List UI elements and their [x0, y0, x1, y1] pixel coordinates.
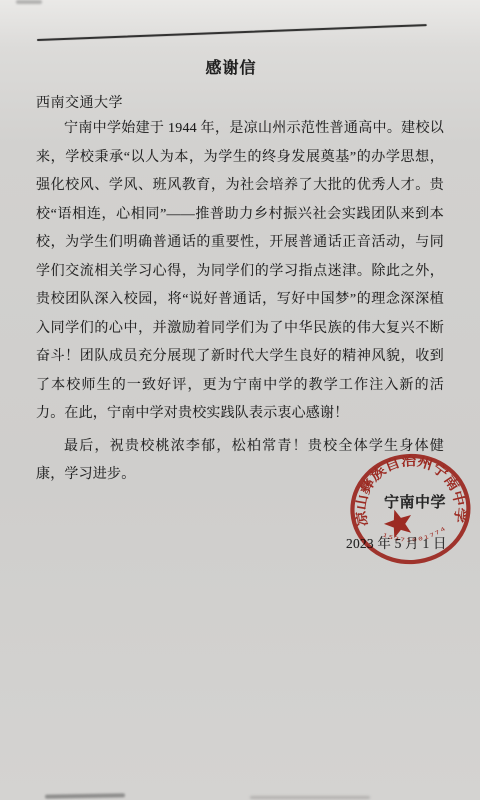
- recipient-line: 西南交通大学: [36, 92, 444, 112]
- scan-smudge-bottom-2: [250, 796, 370, 799]
- horizontal-rule: [37, 24, 427, 41]
- letter-paragraph-1: 宁南中学始建于 1944 年，是凉山州示范性普通高中。建校以来，学校秉承“以人为…: [36, 115, 444, 429]
- scanned-letter-page: 感谢信 西南交通大学 宁南中学始建于 1944 年，是凉山州示范性普通高中。建校…: [0, 0, 480, 800]
- seal-serial-number: 15371001774: [381, 525, 449, 545]
- svg-text:15371001774: 15371001774: [381, 525, 449, 545]
- official-seal-stamp: 凉山彝族自治州宁南中学 15371001774: [343, 446, 479, 575]
- letter-body: 感谢信 西南交通大学 宁南中学始建于 1944 年，是凉山州示范性普通高中。建校…: [36, 55, 444, 490]
- seal-ring-text: 凉山彝族自治州宁南中学: [349, 449, 469, 531]
- scan-smudge-top: [16, 0, 42, 4]
- scan-smudge-bottom: [45, 793, 125, 798]
- letter-title: 感谢信: [36, 55, 426, 78]
- svg-text:凉山彝族自治州宁南中学: 凉山彝族自治州宁南中学: [349, 449, 469, 531]
